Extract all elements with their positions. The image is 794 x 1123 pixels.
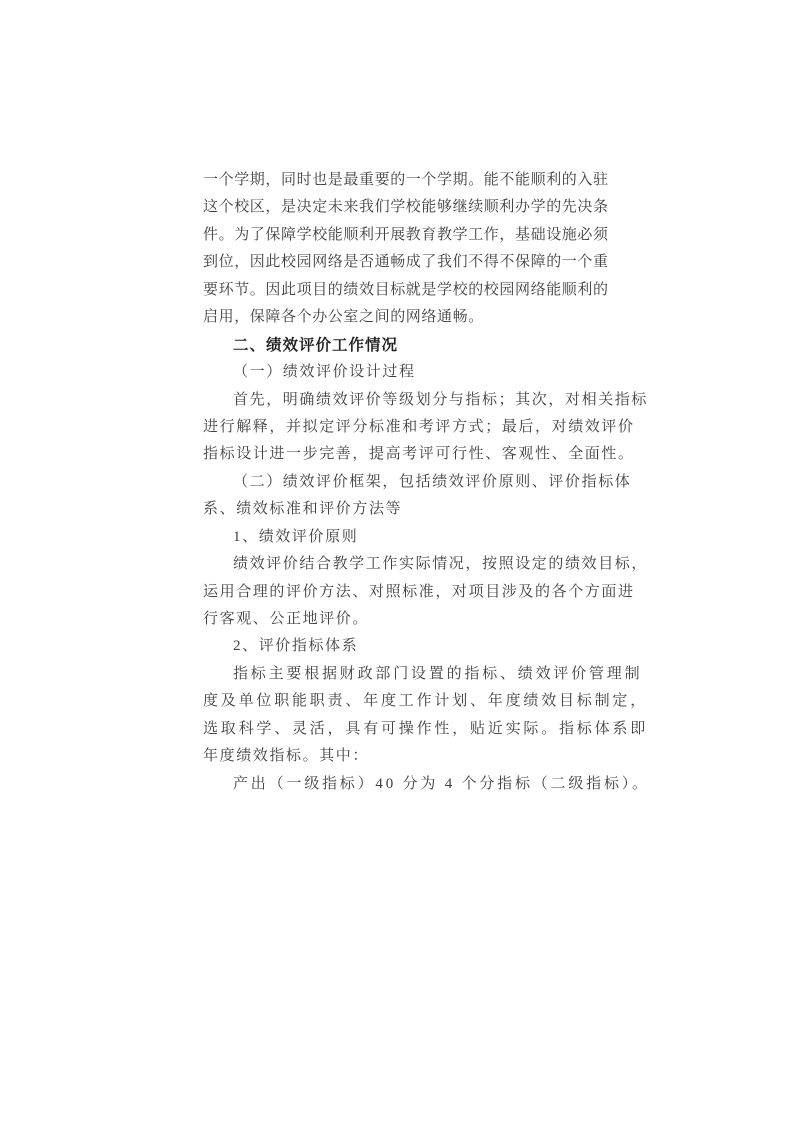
text-line: 年度绩效指标。其中：: [203, 743, 596, 770]
text-line: 启用，保障各个办公室之间的网络通畅。: [203, 304, 596, 331]
text-line: 要环节。因此项目的绩效目标就是学校的校园网络能顺利的: [203, 277, 596, 304]
text-line: 度及单位职能职责、年度工作计划、年度绩效目标制定，: [203, 688, 596, 715]
text-line: 2、评价指标体系: [203, 633, 596, 660]
text-line: 产出（一级指标）40 分为 4 个分指标（二级指标）。: [203, 771, 596, 798]
text-line: 指标主要根据财政部门设置的指标、绩效评价管理制: [203, 661, 596, 688]
text-line: 到位，因此校园网络是否通畅成了我们不得不保障的一个重: [203, 249, 596, 276]
text-line: 这个校区，是决定未来我们学校能够继续顺利办学的先决条: [203, 194, 596, 221]
text-line: （一）绩效评价设计过程: [203, 359, 596, 386]
document-page: 一个学期，同时也是最重要的一个学期。能不能顺利的入驻这个校区，是决定未来我们学校…: [0, 0, 794, 1123]
text-line: 首先，明确绩效评价等级划分与指标；其次，对相关指标: [203, 387, 596, 414]
text-line: 一个学期，同时也是最重要的一个学期。能不能顺利的入驻: [203, 167, 596, 194]
text-line: 绩效评价结合教学工作实际情况，按照设定的绩效目标，: [203, 551, 596, 578]
text-line: 系、绩效标准和评价方法等: [203, 496, 596, 523]
section-heading: 二、绩效评价工作情况: [203, 332, 596, 359]
text-line: 行客观、公正地评价。: [203, 606, 596, 633]
text-line: 指标设计进一步完善，提高考评可行性、客观性、全面性。: [203, 441, 596, 468]
text-line: 1、绩效评价原则: [203, 524, 596, 551]
text-line: 件。为了保障学校能顺利开展教育教学工作，基础设施必须: [203, 222, 596, 249]
document-body: 一个学期，同时也是最重要的一个学期。能不能顺利的入驻这个校区，是决定未来我们学校…: [203, 167, 596, 798]
text-line: （二）绩效评价框架，包括绩效评价原则、评价指标体: [203, 469, 596, 496]
text-line: 进行解释，并拟定评分标准和考评方式；最后，对绩效评价: [203, 414, 596, 441]
text-line: 选取科学、灵活，具有可操作性，贴近实际。指标体系即: [203, 716, 596, 743]
text-line: 运用合理的评价方法、对照标准，对项目涉及的各个方面进: [203, 579, 596, 606]
